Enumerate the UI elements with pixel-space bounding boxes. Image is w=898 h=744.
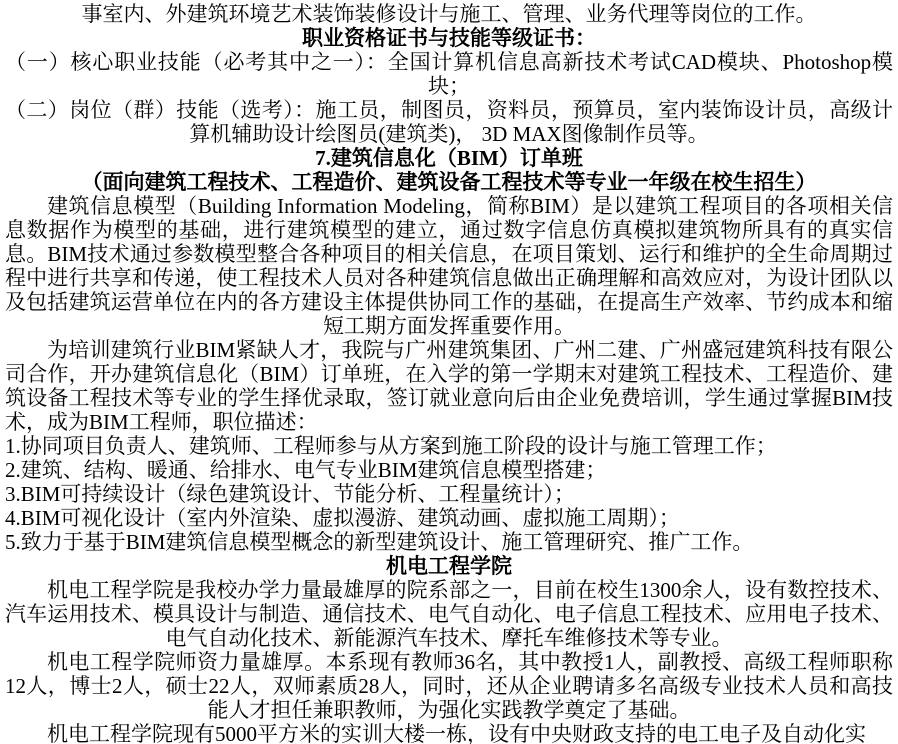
paragraph-mech-facility: 机电工程学院现有5000平方米的实训大楼一栋，设有中央财政支持的电工电子及自动化… xyxy=(5,722,893,744)
list-item-bim-duty-4: 4.BIM可视化设计（室内外渲染、虚拟漫游、建筑动画、虚拟施工周期）； xyxy=(5,506,893,530)
heading-certificates: 职业资格证书与技能等级证书： xyxy=(5,26,893,50)
paragraph-cert-item-1: （一）核心职业技能（必考其中之一）：全国计算机信息高新技术考试CAD模块、Pho… xyxy=(5,50,893,98)
paragraph-bim-intro: 建筑信息模型（Building Information Modeling，简称B… xyxy=(5,194,893,338)
paragraph-intro-tail: 事室内、外建筑环境艺术装饰装修设计与施工、管理、业务代理等岗位的工作。 xyxy=(5,2,893,26)
heading-mech-college: 机电工程学院 xyxy=(5,554,893,578)
paragraph-mech-faculty: 机电工程学院师资力量雄厚。本系现有教师36名，其中教授1人，副教授、高级工程师职… xyxy=(5,650,893,722)
list-item-bim-duty-3: 3.BIM可持续设计（绿色建筑设计、节能分析、工程量统计）； xyxy=(5,482,893,506)
paragraph-mech-intro: 机电工程学院是我校办学力量最雄厚的院系部之一，目前在校生1300余人，设有数控技… xyxy=(5,578,893,650)
list-item-bim-duty-2: 2.建筑、结构、暖通、给排水、电气专业BIM建筑信息模型搭建； xyxy=(5,458,893,482)
document-page: 事室内、外建筑环境艺术装饰装修设计与施工、管理、业务代理等岗位的工作。 职业资格… xyxy=(0,0,898,744)
list-item-bim-duty-5: 5.致力于基于BIM建筑信息模型概念的新型建筑设计、施工管理研究、推广工作。 xyxy=(5,530,893,554)
list-item-bim-duty-1: 1.协同项目负责人、建筑师、工程师参与从方案到施工阶段的设计与施工管理工作； xyxy=(5,434,893,458)
paragraph-cert-item-2: （二）岗位（群）技能（选考）：施工员，制图员，资料员，预算员，室内装饰设计员，高… xyxy=(5,98,893,146)
heading-bim-order-class: 7.建筑信息化（BIM）订单班 xyxy=(5,146,893,170)
subheading-bim-audience: （面向建筑工程技术、工程造价、建筑设备工程技术等专业一年级在校生招生） xyxy=(5,170,893,194)
paragraph-bim-class-info: 为培训建筑行业BIM紧缺人才，我院与广州建筑集团、广州二建、广州盛冠建筑科技有限… xyxy=(5,338,893,434)
